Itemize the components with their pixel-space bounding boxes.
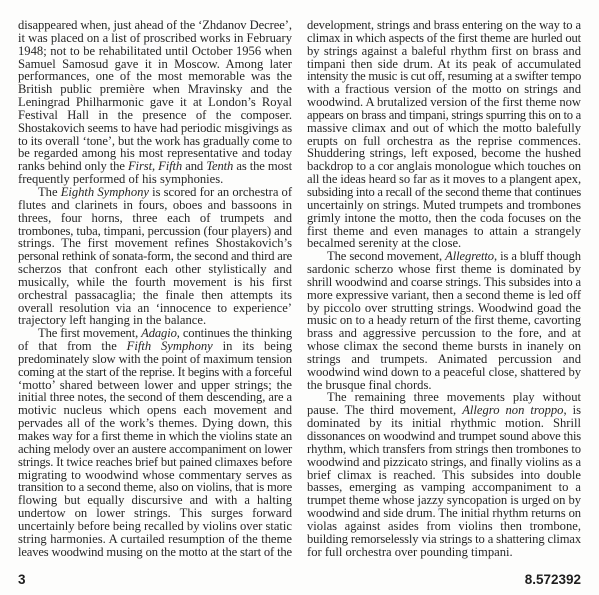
catalogue-number: 8.572392: [525, 572, 581, 587]
text-line: leaves woodwind musing on the motto at t…: [18, 546, 292, 559]
left-column: disappeared when, just ahead of the ‘Zhd…: [18, 19, 292, 558]
right-column: development, strings and brass entering …: [307, 19, 581, 558]
page-number: 3: [18, 572, 26, 587]
text-segment: for full orchestra over pounding timpani…: [307, 545, 513, 559]
text-segment: leaves woodwind musing on the motto at t…: [18, 545, 292, 559]
text-line: for full orchestra over pounding timpani…: [307, 546, 581, 559]
text-segment: as the most: [233, 159, 292, 173]
